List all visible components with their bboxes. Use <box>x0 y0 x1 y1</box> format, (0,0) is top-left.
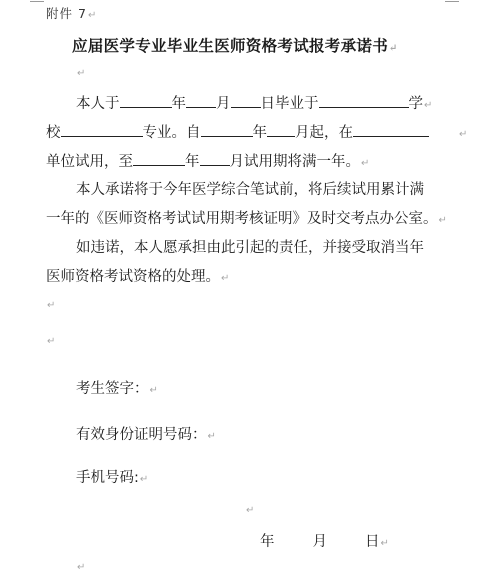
para3-line1: 如违诺，本人愿承担由此引起的责任，并接受取消当年 <box>76 236 424 257</box>
paragraph-mark-icon: ↵ <box>361 158 369 169</box>
document-title: 应届医学专业毕业生医师资格考试报考承诺书↵ <box>72 34 398 56</box>
date-day: 日 <box>365 534 380 550</box>
paragraph-mark-icon: ↵ <box>47 300 55 311</box>
trial-start-month-blank[interactable] <box>267 122 295 137</box>
major-blank[interactable] <box>61 122 143 137</box>
paragraph-mark-icon: ↵ <box>246 505 254 516</box>
date-line: 年月日↵ <box>260 530 389 551</box>
paragraph-mark-icon: ↵ <box>47 336 55 347</box>
graduation-year-blank[interactable] <box>120 93 172 108</box>
paragraph-mark-icon: ↵ <box>150 385 158 396</box>
para3-line2: 医师资格考试资格的处理。↵ <box>46 265 229 286</box>
paragraph-mark-icon: ↵ <box>424 100 432 111</box>
paragraph-mark-icon: ↵ <box>77 68 85 79</box>
id-number-field[interactable]: 有效身份证明号码：↵ <box>76 423 216 444</box>
school-blank[interactable] <box>319 93 409 108</box>
annex-label: 附件 7↵ <box>46 4 97 22</box>
signature-field[interactable]: 考生签字：↵ <box>76 377 158 398</box>
para1-line2: 校专业。自年月起，在↵ <box>46 121 467 142</box>
paragraph-mark-icon: ↵ <box>381 538 389 549</box>
para2-line1: 本人承诺将于今年医学综合笔试前，将后续试用累计满 <box>76 178 424 199</box>
paragraph-mark-icon: ↵ <box>208 431 216 442</box>
paragraph-mark-icon: ↵ <box>221 273 229 284</box>
para2-line2: 一年的《医师资格考试试用期考核证明》及时交考点办公室。↵ <box>46 207 447 228</box>
paragraph-mark-icon: ↵ <box>77 562 85 573</box>
trial-start-year-blank[interactable] <box>201 122 253 137</box>
date-month: 月 <box>313 534 328 550</box>
graduation-month-blank[interactable] <box>186 93 216 108</box>
paragraph-mark-icon: ↵ <box>389 43 398 54</box>
graduation-day-blank[interactable] <box>231 93 261 108</box>
paragraph-mark-icon: ↵ <box>439 215 447 226</box>
para1-line1: 本人于年月日毕业于学↵ <box>76 92 432 113</box>
trial-end-month-blank[interactable] <box>200 151 230 166</box>
para1-line3: 单位试用，至年月试用期将满一年。↵ <box>46 150 369 171</box>
page-corner-mark-right <box>445 1 459 2</box>
date-year: 年 <box>260 534 275 550</box>
trial-end-year-blank[interactable] <box>133 151 185 166</box>
trial-unit-blank[interactable] <box>353 122 429 137</box>
phone-field[interactable]: 手机号码:↵ <box>76 466 148 487</box>
page-corner-mark-left <box>30 1 44 2</box>
paragraph-mark-icon: ↵ <box>459 129 467 140</box>
paragraph-mark-icon: ↵ <box>140 474 148 485</box>
paragraph-mark-icon: ↵ <box>88 10 97 21</box>
